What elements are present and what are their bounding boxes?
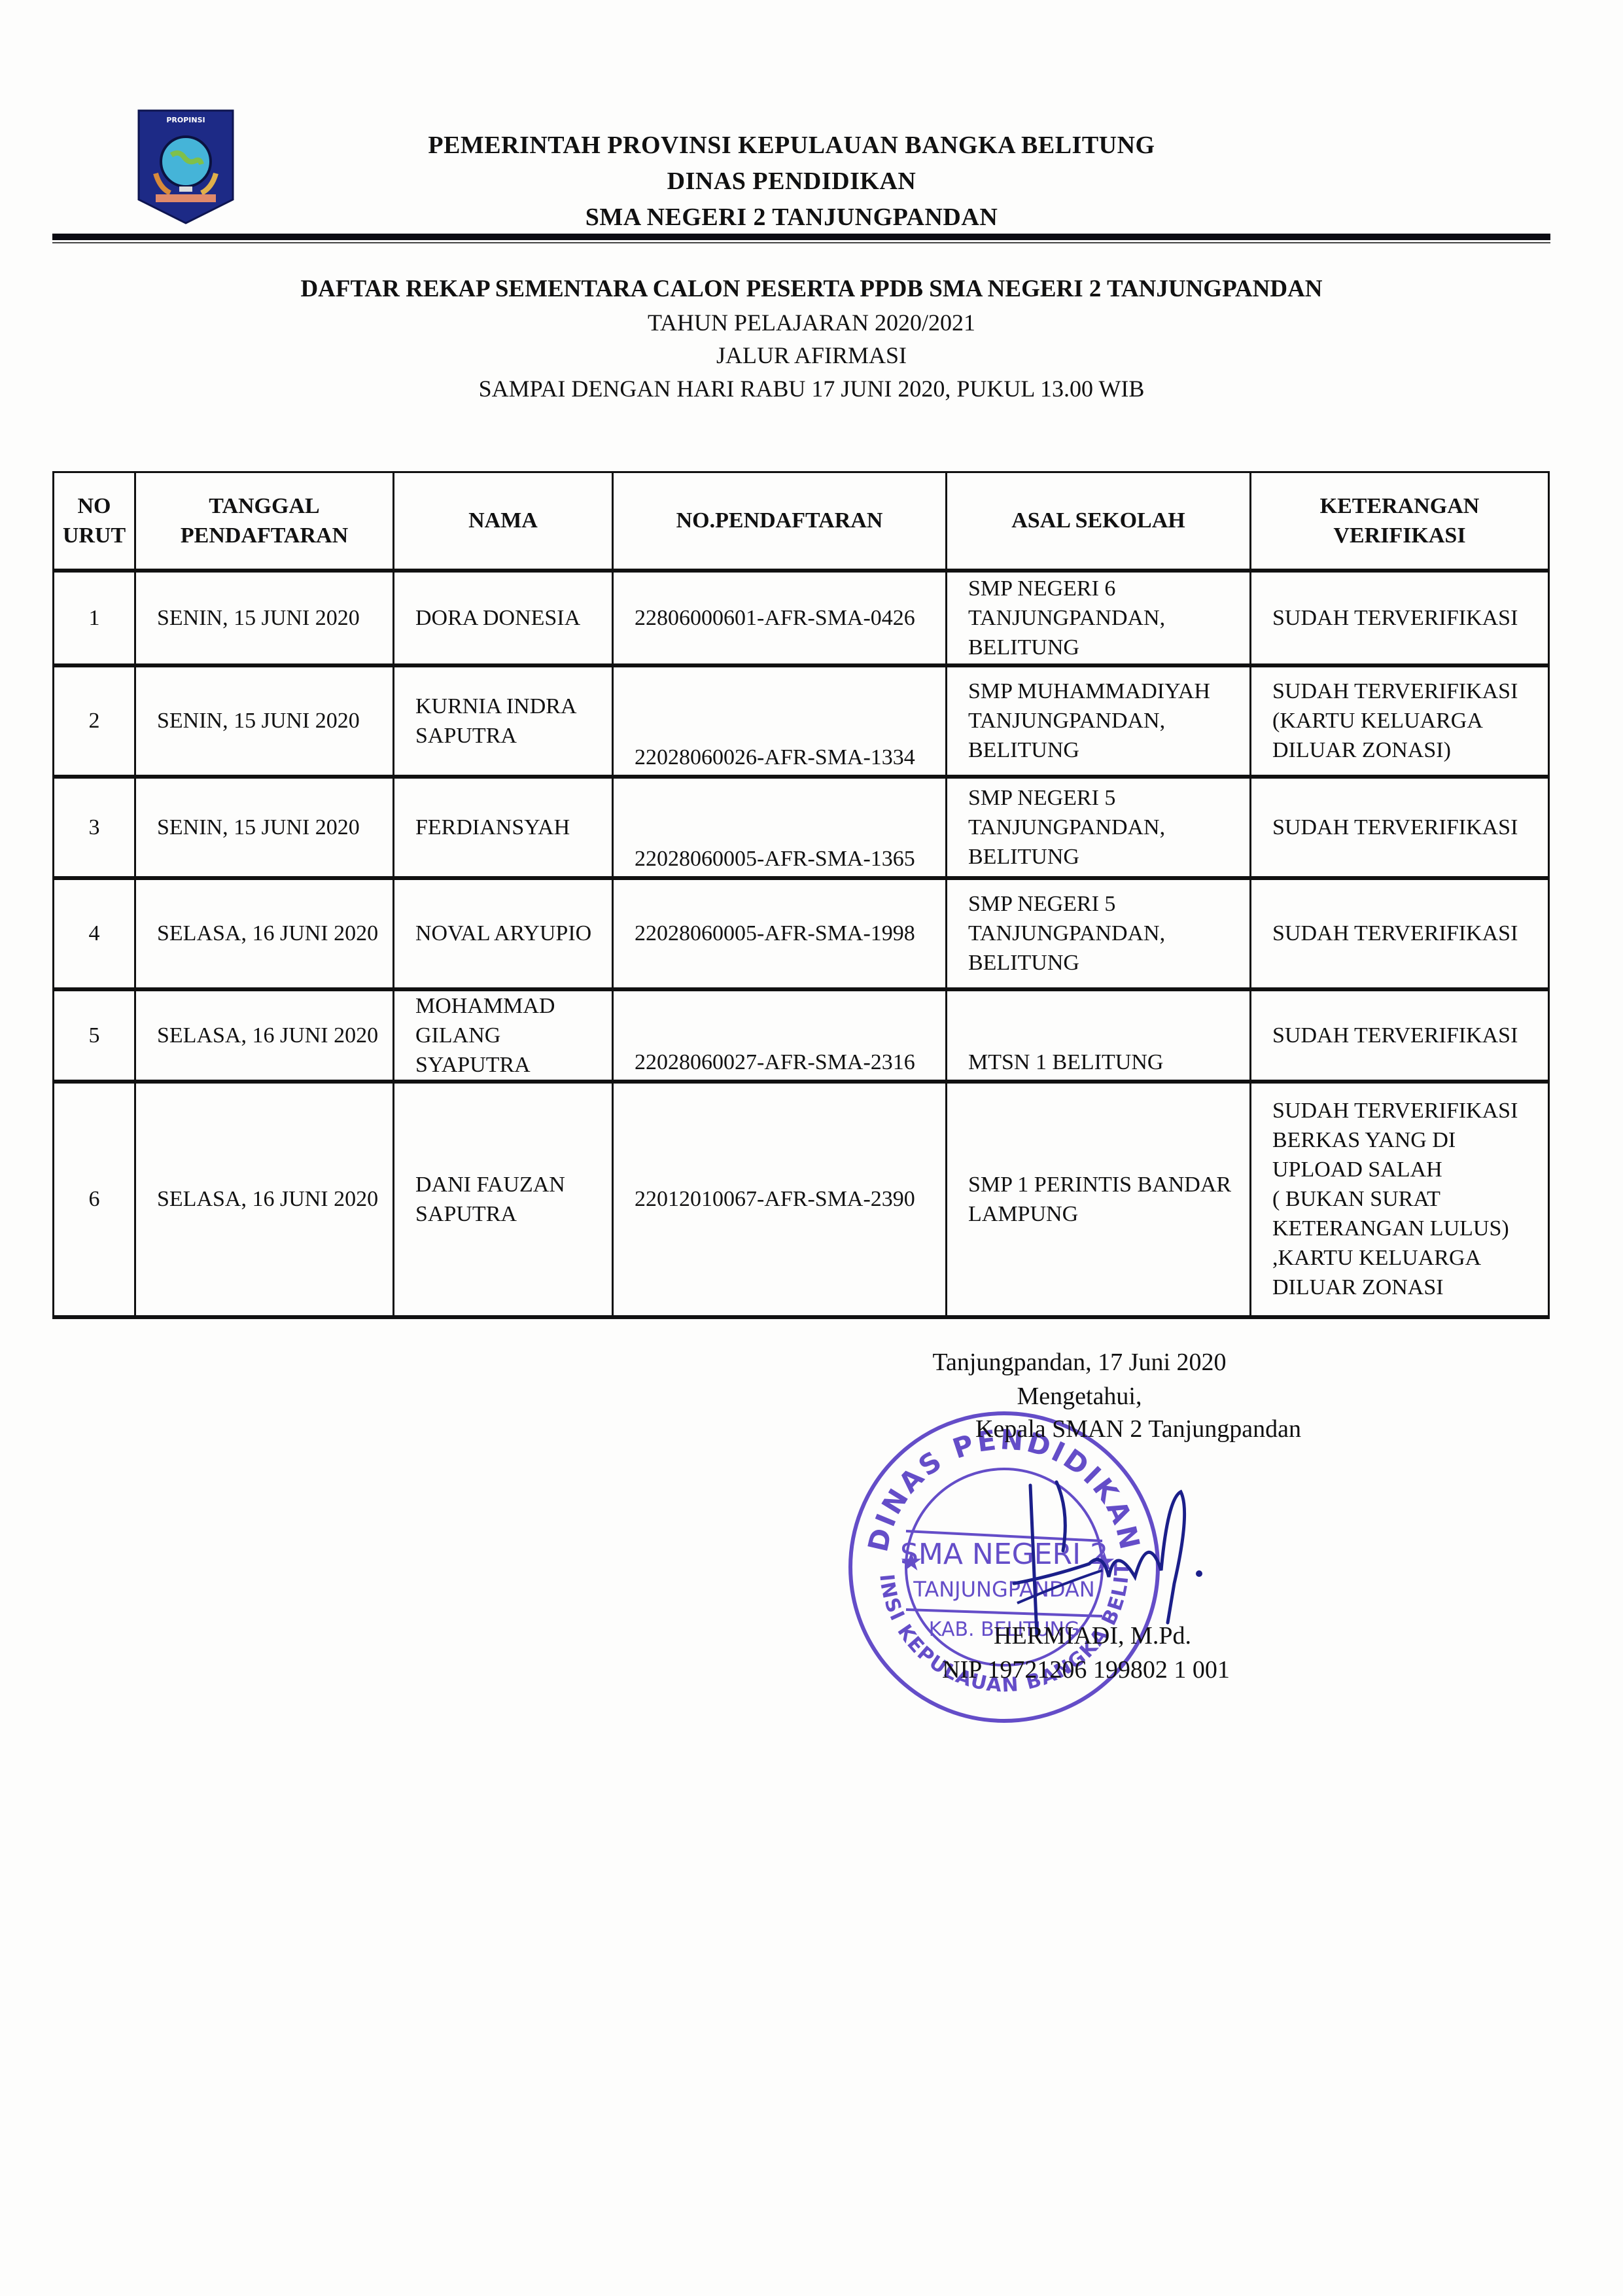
letterhead-school: SMA NEGERI 2 TANJUNGPANDAN [262,203,1321,232]
row-no-pendaftaran: 22028060026-AFR-SMA-1334 [613,665,947,777]
row-nama: DANI FAUZANSAPUTRA [394,1082,613,1317]
row-keterangan: SUDAH TERVERIFIKASI [1251,571,1549,665]
row-nama: MOHAMMADGILANGSYAPUTRA [394,989,613,1082]
row-keterangan: SUDAH TERVERIFIKASI [1251,777,1549,878]
header-tanggal: TANGGALPENDAFTARAN [135,472,394,571]
letterhead-divider [52,234,1550,240]
signatory-nip: NIP 19721206 199802 1 001 [857,1655,1315,1684]
row-nama: DORA DONESIA [394,571,613,665]
document-title: DAFTAR REKAP SEMENTARA CALON PESERTA PPD… [0,275,1623,303]
header-no: NOURUT [54,472,135,571]
cutoff-time: SAMPAI DENGAN HARI RABU 17 JUNI 2020, PU… [0,375,1623,402]
row-nama: FERDIANSYAH [394,777,613,878]
row-keterangan: SUDAH TERVERIFIKASI(KARTU KELUARGADILUAR… [1251,665,1549,777]
row-no-pendaftaran: 22806000601-AFR-SMA-0426 [613,571,947,665]
academic-year: TAHUN PELAJARAN 2020/2021 [0,309,1623,336]
row-asal-sekolah: SMP NEGERI 5TANJUNGPANDAN,BELITUNG [947,777,1251,878]
row-asal-sekolah: SMP 1 PERINTIS BANDARLAMPUNG [947,1082,1251,1317]
table-row: 6SELASA, 16 JUNI 2020DANI FAUZANSAPUTRA2… [54,1082,1549,1317]
table-header-row: NOURUT TANGGALPENDAFTARAN NAMA NO.PENDAF… [54,472,1549,571]
row-keterangan: SUDAH TERVERIFIKASI [1251,989,1549,1082]
row-asal-sekolah: SMP NEGERI 5TANJUNGPANDAN,BELITUNG [947,878,1251,989]
table-row: 4SELASA, 16 JUNI 2020NOVAL ARYUPIO220280… [54,878,1549,989]
registration-table: NOURUT TANGGALPENDAFTARAN NAMA NO.PENDAF… [52,471,1550,1319]
row-no: 5 [54,989,135,1082]
table-row: 1SENIN, 15 JUNI 2020DORA DONESIA22806000… [54,571,1549,665]
row-tanggal: SELASA, 16 JUNI 2020 [135,878,394,989]
row-nama: NOVAL ARYUPIO [394,878,613,989]
row-no: 3 [54,777,135,878]
row-no: 2 [54,665,135,777]
row-tanggal: SENIN, 15 JUNI 2020 [135,571,394,665]
signing-place-date: Tanjungpandan, 17 Juni 2020 [850,1348,1308,1377]
table-row: 2SENIN, 15 JUNI 2020KURNIA INDRASAPUTRA2… [54,665,1549,777]
row-no: 6 [54,1082,135,1317]
header-no-pendaftaran: NO.PENDAFTARAN [613,472,947,571]
header-asal-sekolah: ASAL SEKOLAH [947,472,1251,571]
row-no-pendaftaran: 22028060005-AFR-SMA-1998 [613,878,947,989]
row-keterangan: SUDAH TERVERIFIKASI [1251,878,1549,989]
table-row: 5SELASA, 16 JUNI 2020MOHAMMADGILANGSYAPU… [54,989,1549,1082]
svg-text:PROPINSI: PROPINSI [166,116,205,124]
header-nama: NAMA [394,472,613,571]
letterhead-department: DINAS PENDIDIKAN [262,167,1321,196]
row-keterangan: SUDAH TERVERIFIKASIBERKAS YANG DIUPLOAD … [1251,1082,1549,1317]
header-keterangan: KETERANGANVERIFIKASI [1251,472,1549,571]
row-no: 1 [54,571,135,665]
row-asal-sekolah: SMP MUHAMMADIYAHTANJUNGPANDAN,BELITUNG [947,665,1251,777]
row-no-pendaftaran: 22028060005-AFR-SMA-1365 [613,777,947,878]
row-asal-sekolah: MTSN 1 BELITUNG [947,989,1251,1082]
acknowledged-label: Mengetahui, [850,1382,1308,1411]
letterhead-divider-thin [52,242,1550,243]
row-no-pendaftaran: 22028060027-AFR-SMA-2316 [613,989,947,1082]
row-nama: KURNIA INDRASAPUTRA [394,665,613,777]
row-tanggal: SELASA, 16 JUNI 2020 [135,989,394,1082]
row-no: 4 [54,878,135,989]
letterhead-government: PEMERINTAH PROVINSI KEPULAUAN BANGKA BEL… [262,131,1321,160]
row-asal-sekolah: SMP NEGERI 6TANJUNGPANDAN,BELITUNG [947,571,1251,665]
row-no-pendaftaran: 22012010067-AFR-SMA-2390 [613,1082,947,1317]
row-tanggal: SELASA, 16 JUNI 2020 [135,1082,394,1317]
provincial-emblem-icon: PROPINSI [136,108,236,226]
table-row: 3SENIN, 15 JUNI 2020FERDIANSYAH220280600… [54,777,1549,878]
admission-track: JALUR AFIRMASI [0,342,1623,369]
signatory-position: Kepala SMAN 2 Tanjungpandan [909,1415,1367,1443]
signatory-name: HERMIADI, M.Pd. [864,1621,1321,1650]
row-tanggal: SENIN, 15 JUNI 2020 [135,665,394,777]
handwritten-signature-icon [1011,1472,1207,1642]
row-tanggal: SENIN, 15 JUNI 2020 [135,777,394,878]
